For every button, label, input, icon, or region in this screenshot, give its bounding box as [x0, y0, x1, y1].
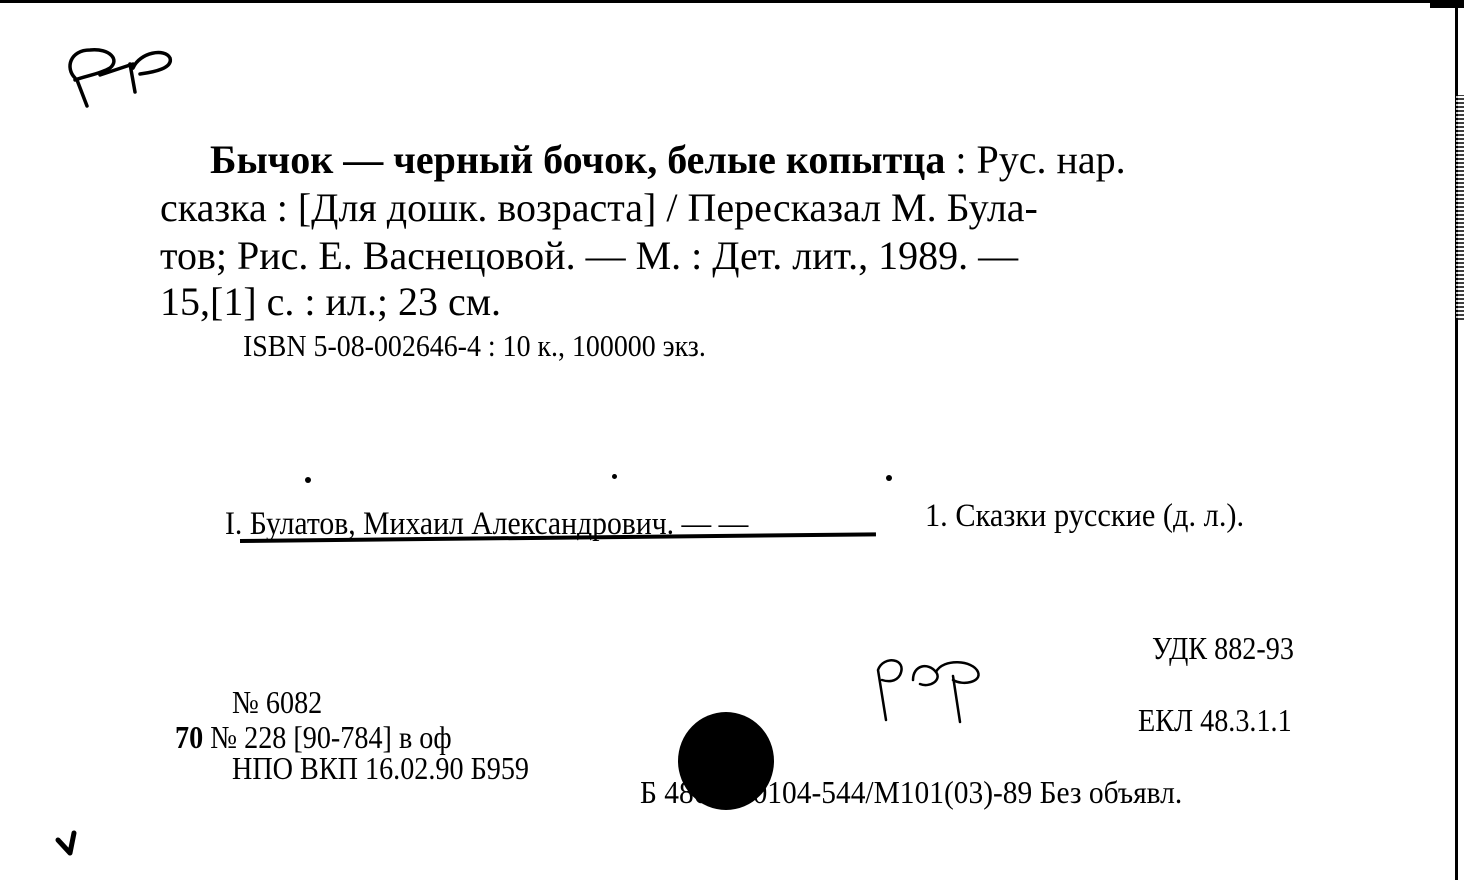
book-title: Бычок — черный бочок, белые копытца [210, 137, 945, 182]
print-line: 70 № 228 [90-784] в оф [175, 721, 452, 753]
handwritten-initials-top-left [55, 40, 175, 110]
ekl-code: ЕКЛ 48.3.1.1 [1138, 704, 1292, 736]
tracing-subject: 1. Сказки русские (д. л.). [925, 500, 1244, 533]
decorative-dot [612, 474, 617, 479]
scan-top-border [0, 0, 1464, 3]
scan-noise-strip [1456, 95, 1464, 320]
order-number: № 6082 [232, 686, 322, 718]
scan-top-border-corner [1430, 0, 1464, 8]
ink-blot [678, 712, 774, 810]
decorative-dot [886, 475, 892, 481]
description-line-4: 15,[1] с. : ил.; 23 см. [160, 282, 501, 322]
decorative-dot [305, 477, 311, 483]
handwritten-initials-middle [868, 650, 993, 730]
isbn-line: ISBN 5-08-002646-4 : 10 к., 100000 экз. [243, 330, 706, 361]
description-line-1-rest: : Рус. нар. [945, 137, 1125, 182]
description-line-1: Бычок — черный бочок, белые копытца : Ру… [210, 140, 1126, 180]
udk-code: УДК 882-93 [1152, 632, 1294, 664]
check-mark-icon [50, 825, 90, 865]
description-line-2: сказка : [Для дошк. возраста] / Пересказ… [160, 188, 1038, 228]
publisher-line: НПО ВКП 16.02.90 Б959 [232, 752, 529, 784]
description-line-3: тов; Рис. Е. Васнецовой. — М. : Дет. лит… [160, 236, 1018, 276]
print-line-prefix: 70 [175, 719, 203, 755]
